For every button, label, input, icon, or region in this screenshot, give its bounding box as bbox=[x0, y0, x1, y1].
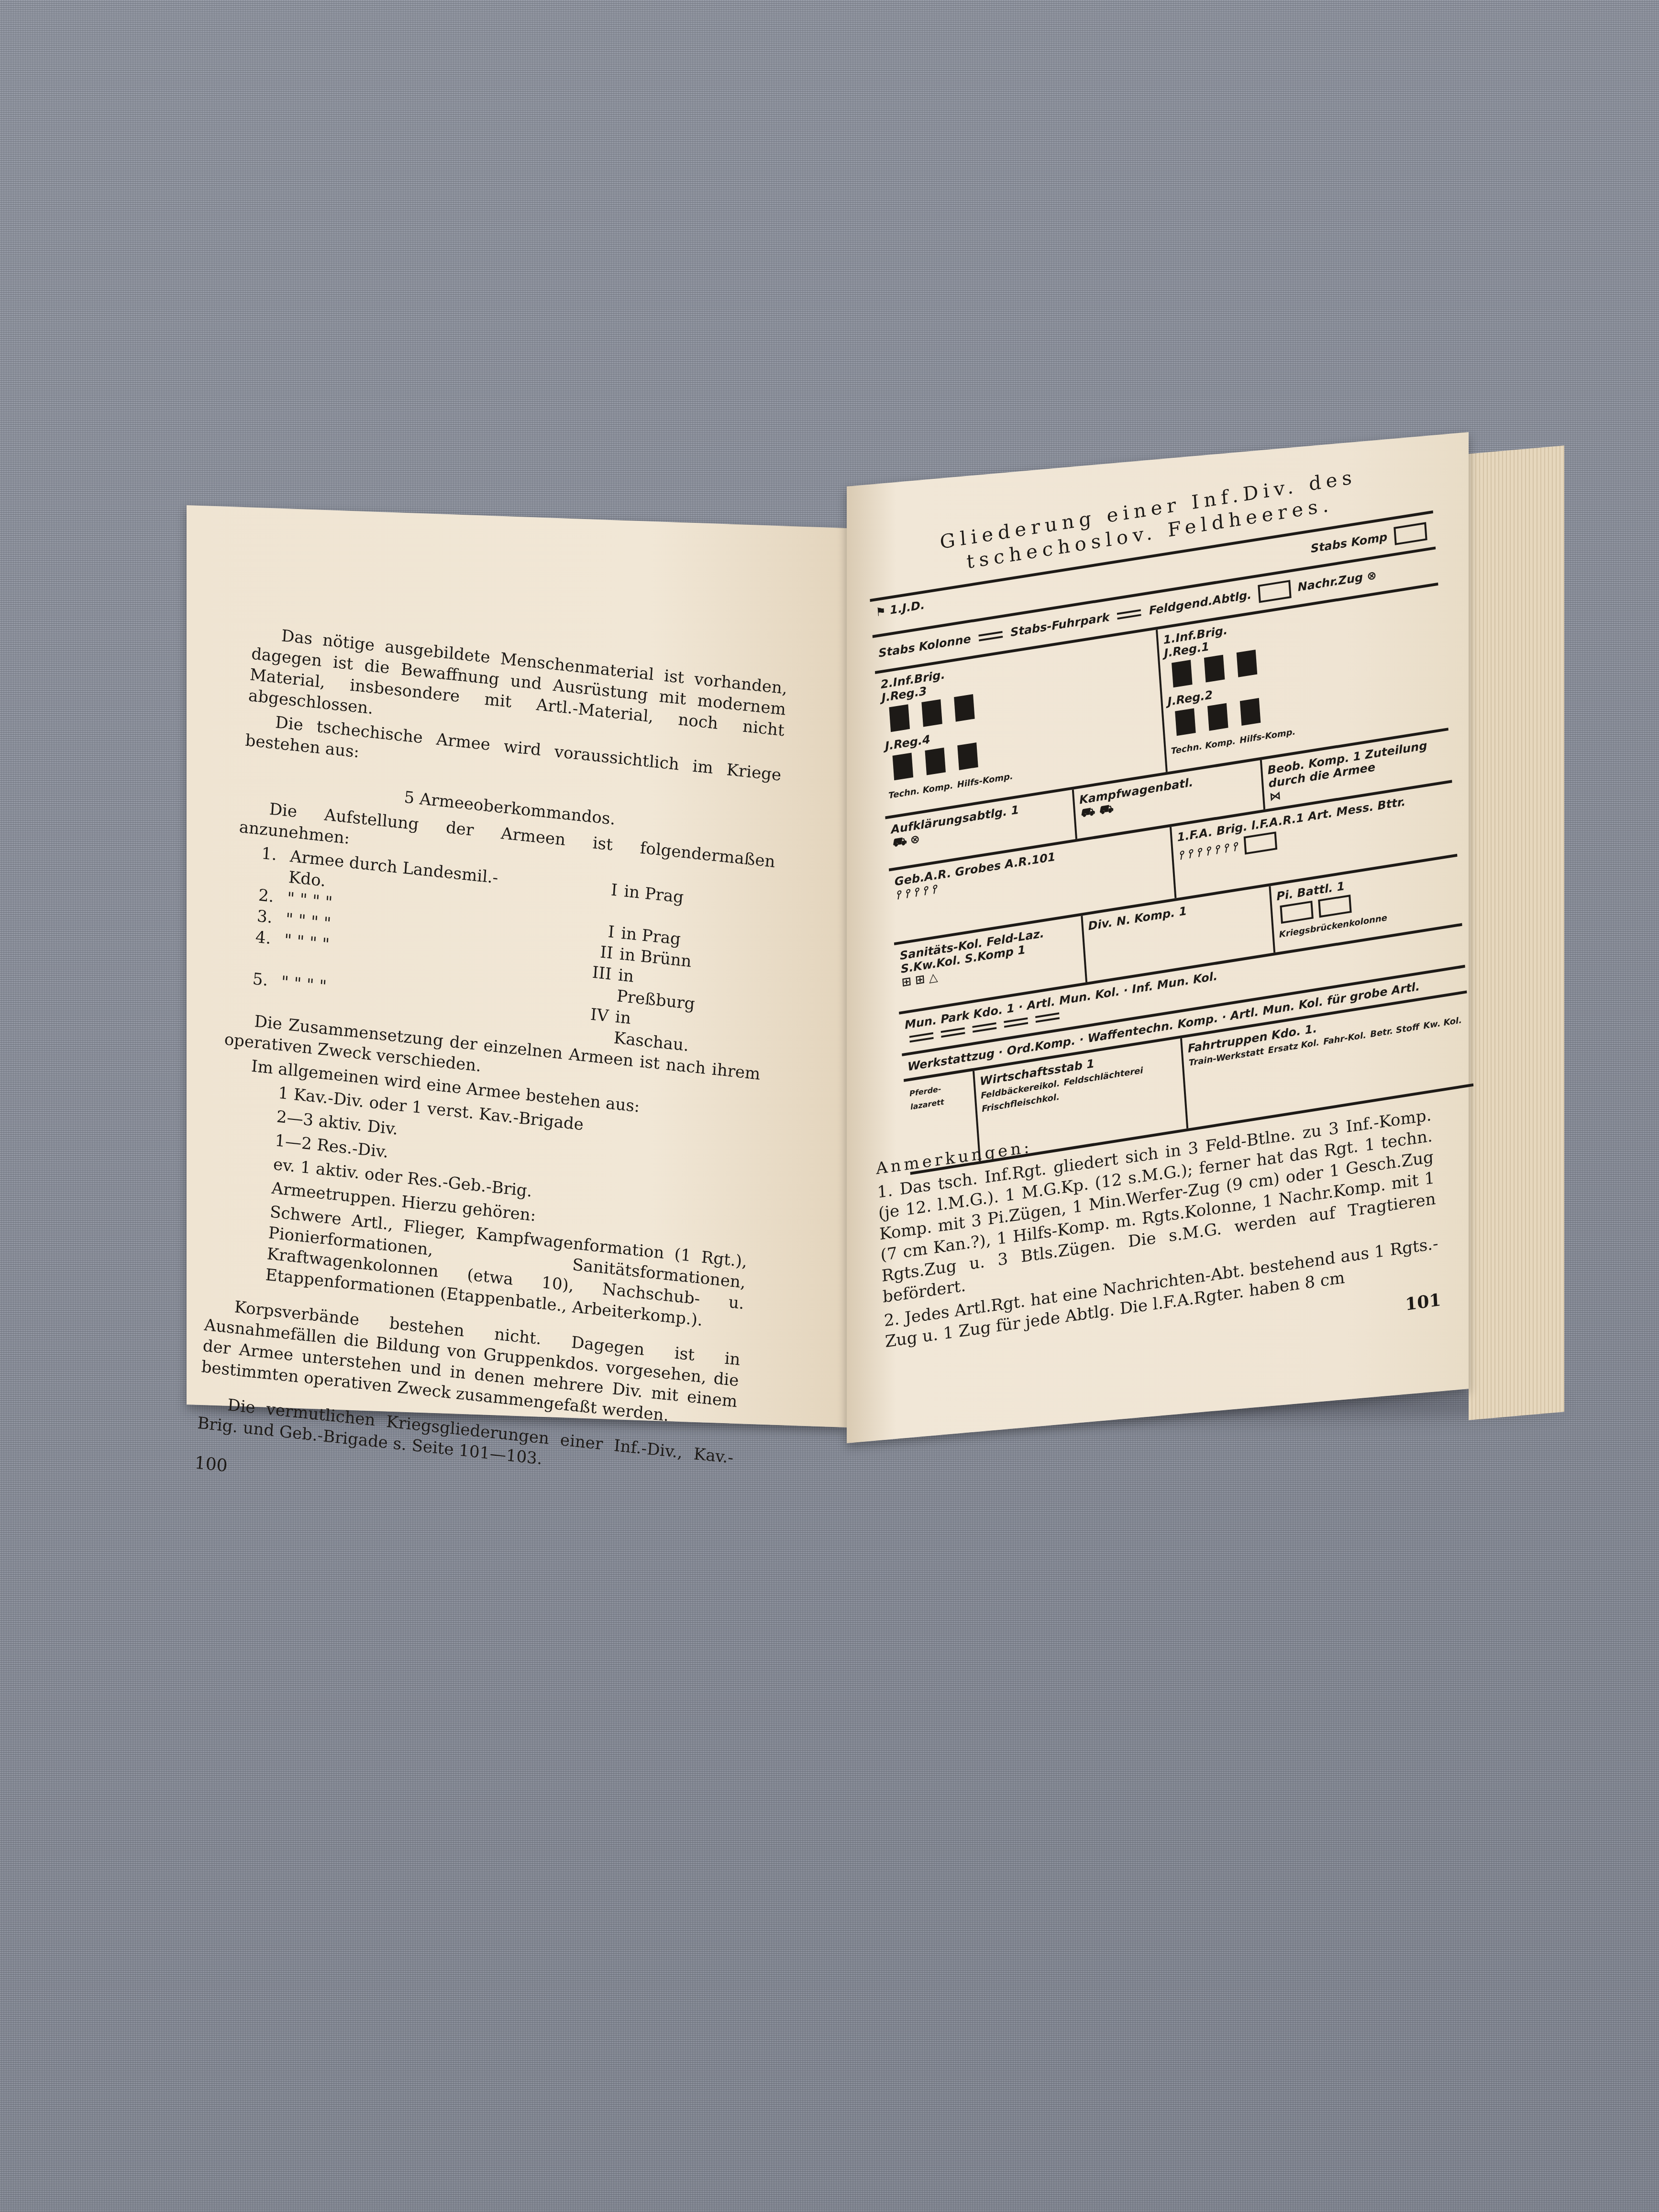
triangle-icon: △ bbox=[929, 970, 938, 985]
infantry-icon bbox=[921, 699, 942, 727]
unit-box-icon bbox=[1318, 895, 1352, 918]
column-icon bbox=[1004, 1018, 1028, 1028]
column-icon bbox=[979, 631, 1003, 641]
army-num: 3. bbox=[256, 906, 287, 929]
infantry-icon bbox=[1172, 660, 1193, 687]
infantry-icon bbox=[1240, 698, 1261, 726]
diagram-label: Stabs Kolonne bbox=[878, 632, 971, 660]
diagram-label: Stabs-Fuhrpark bbox=[1010, 610, 1110, 639]
infantry-icon bbox=[1237, 650, 1258, 677]
org-chart-diagram: Gliederung einer Inf.Div. des tschechosl… bbox=[866, 453, 1471, 1135]
diagram-label: Betr. Stoff bbox=[1370, 1022, 1420, 1040]
flag-icon: ⚑ bbox=[875, 604, 886, 619]
diagram-label: Nachr.Zug bbox=[1297, 570, 1363, 594]
diagram-label: Artl. Mun. Kol. bbox=[1027, 984, 1120, 1012]
infantry-icon bbox=[893, 752, 914, 780]
infantry-icon bbox=[889, 704, 910, 732]
diagram-label: Stabs Komp bbox=[1310, 530, 1388, 555]
column-icon bbox=[909, 1032, 934, 1043]
diagram-label: l.F.A.R.1 bbox=[1251, 811, 1305, 832]
unit-box-icon bbox=[1243, 831, 1277, 854]
diagram-label: 1.J.D. bbox=[889, 598, 925, 617]
open-book: Das nötige ausgebildete Menschenmaterial… bbox=[187, 478, 1564, 1426]
left-page: Das nötige ausgebildete Menschenmaterial… bbox=[187, 505, 847, 1427]
infantry-icon bbox=[957, 742, 978, 770]
army-num: 4. bbox=[254, 927, 285, 972]
army-num: 5. bbox=[250, 969, 282, 1014]
unit-box-icon bbox=[1394, 522, 1427, 545]
column-icon bbox=[1035, 1012, 1060, 1023]
diagram-label: Inf. Mun. Kol. bbox=[1131, 969, 1218, 996]
artillery-icon: ⫯ ⫯ ⫯ ⫯ ⫯ ⫯ ⫯ bbox=[1178, 840, 1238, 862]
column-icon bbox=[1117, 609, 1141, 619]
unit-box-icon bbox=[1280, 901, 1314, 924]
diagram-label: Kw. Kol. bbox=[1423, 1015, 1462, 1031]
infantry-icon bbox=[1204, 655, 1225, 683]
army-num: 1. bbox=[259, 843, 291, 888]
column-icon bbox=[941, 1027, 965, 1038]
diagram-label: Feldgend.Abtlg. bbox=[1149, 588, 1252, 617]
army-num: 2. bbox=[258, 885, 288, 908]
diagram-label: Pferde-lazarett bbox=[909, 1084, 945, 1112]
diagram-label: 1.F.A. Brig. bbox=[1177, 820, 1248, 844]
unit-box-icon bbox=[1258, 580, 1291, 603]
hospital-icon: ⊞ ⊞ bbox=[901, 972, 925, 989]
armored-car-icon: ⛟ bbox=[891, 834, 907, 850]
left-page-text: Das nötige ausgebildete Menschenmaterial… bbox=[194, 622, 788, 1529]
motorcycle-icon: ⊗ bbox=[910, 832, 920, 847]
balloon-icon: ⋈ bbox=[1269, 789, 1282, 804]
right-page: Gliederung einer Inf.Div. des tschechosl… bbox=[847, 432, 1469, 1443]
infantry-icon bbox=[1175, 708, 1196, 736]
page-edges bbox=[1469, 445, 1564, 1420]
diagram-label: Fahr-Kol. bbox=[1323, 1030, 1367, 1047]
signal-icon: ⊗ bbox=[1366, 568, 1377, 583]
infantry-icon bbox=[925, 748, 946, 775]
column-icon bbox=[972, 1022, 996, 1033]
infantry-icon bbox=[954, 694, 975, 722]
infantry-icon bbox=[1207, 703, 1228, 731]
